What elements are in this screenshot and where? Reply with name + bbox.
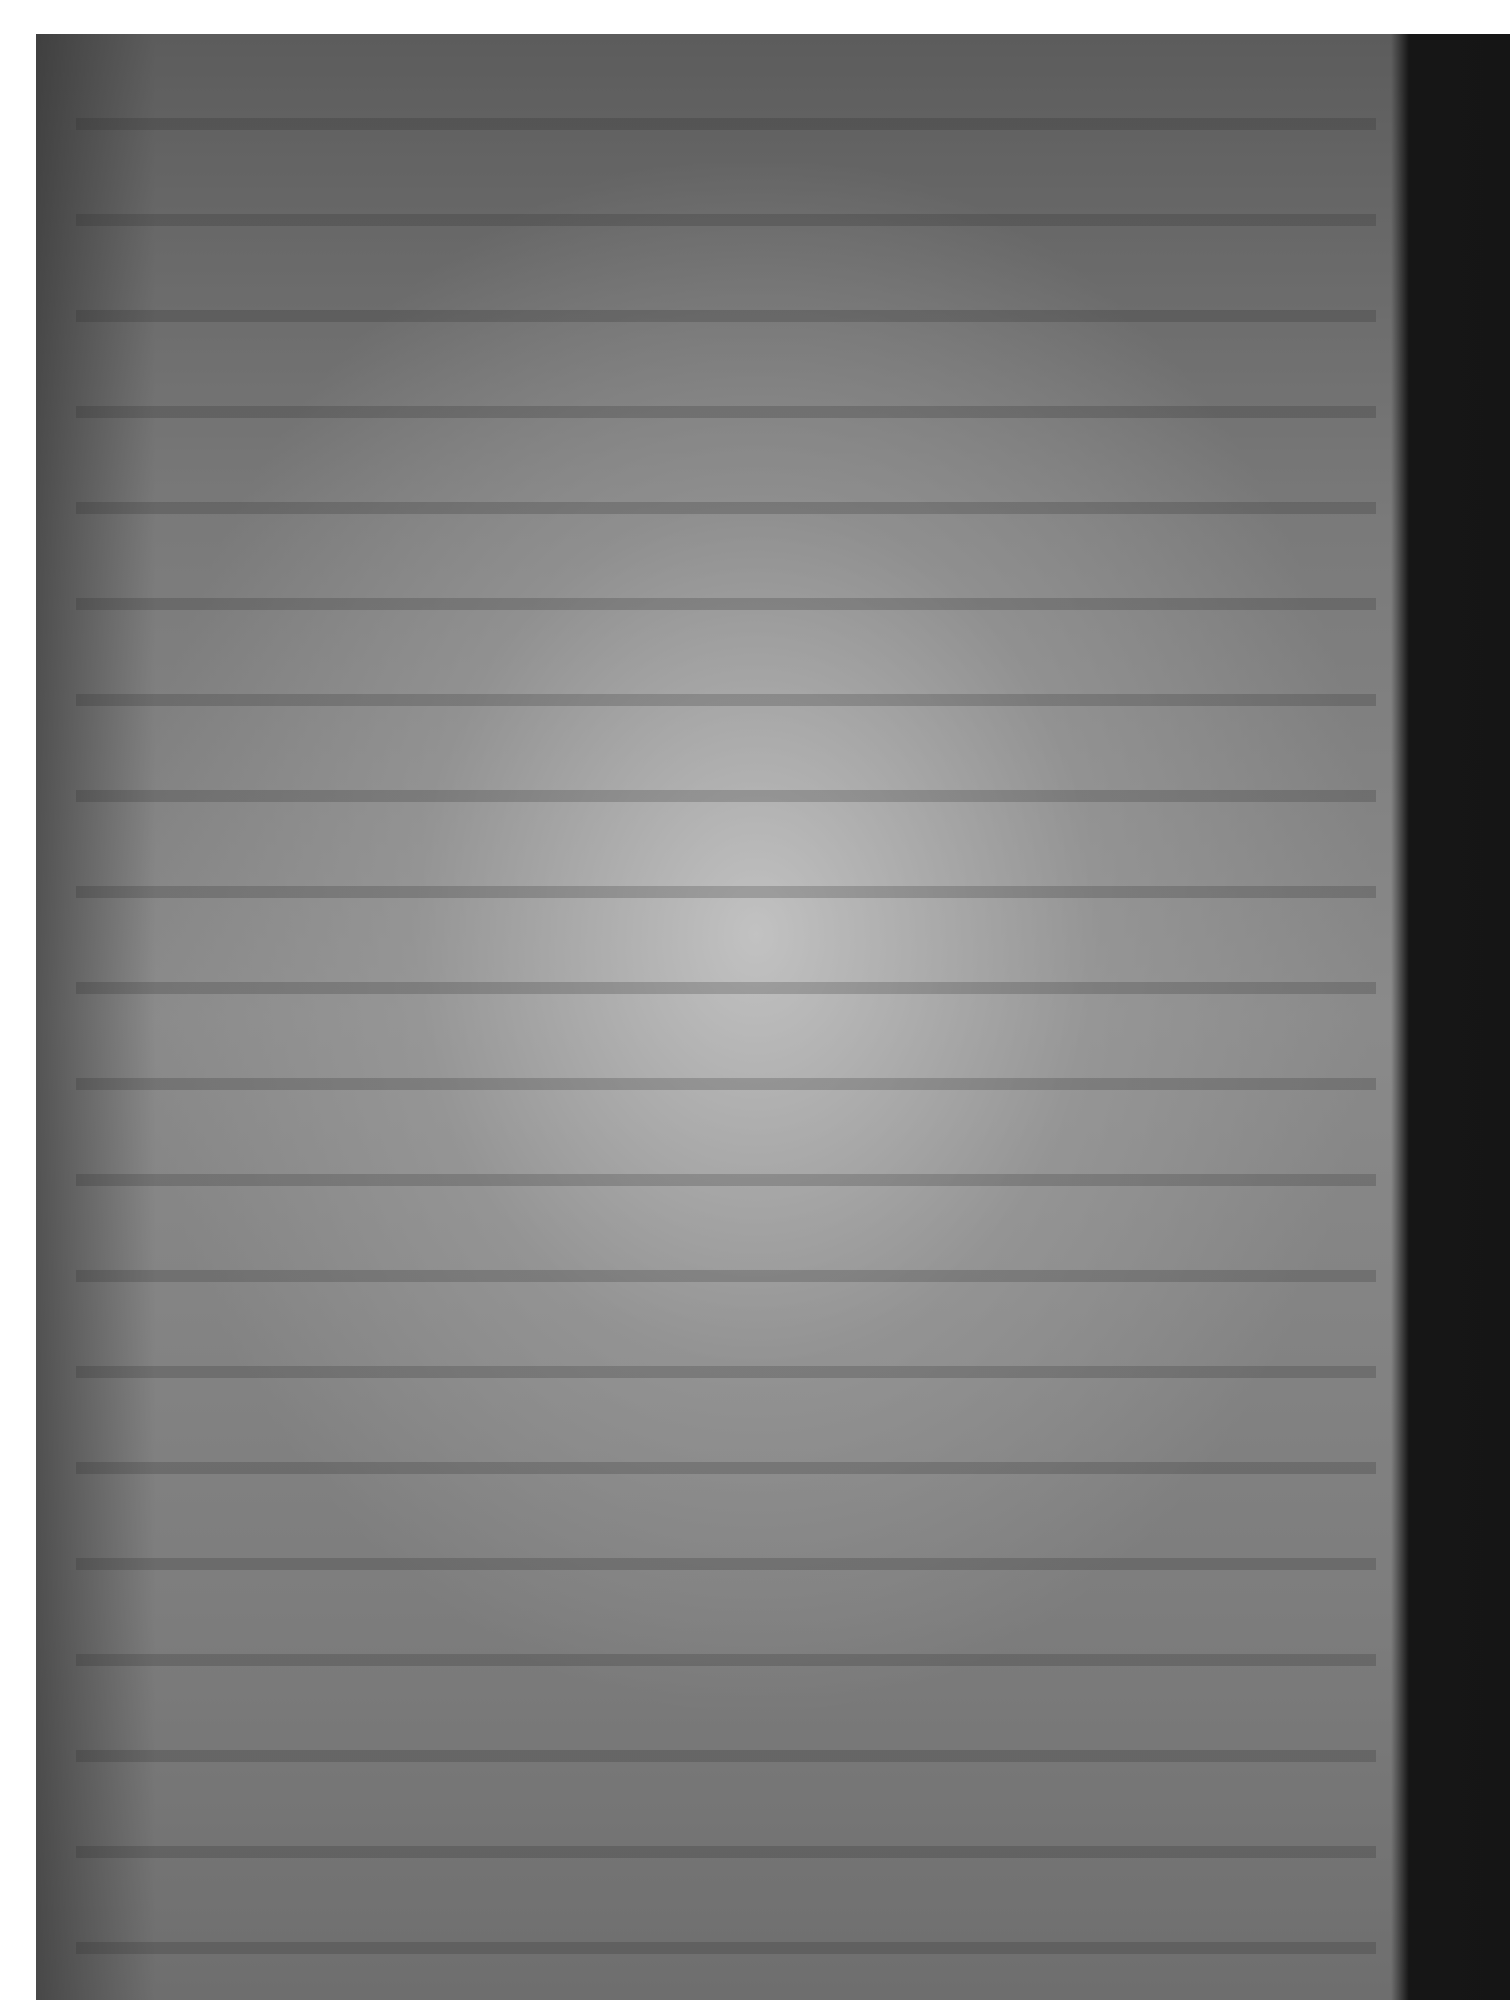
ruler-top: [0, 0, 1510, 34]
dark-background-band: [1391, 34, 1510, 2000]
left-vignette: [36, 34, 156, 2000]
handwriting-strokes: [36, 34, 1386, 2000]
manuscript-scan: [36, 34, 1510, 2000]
ruler-left: [0, 0, 34, 2000]
